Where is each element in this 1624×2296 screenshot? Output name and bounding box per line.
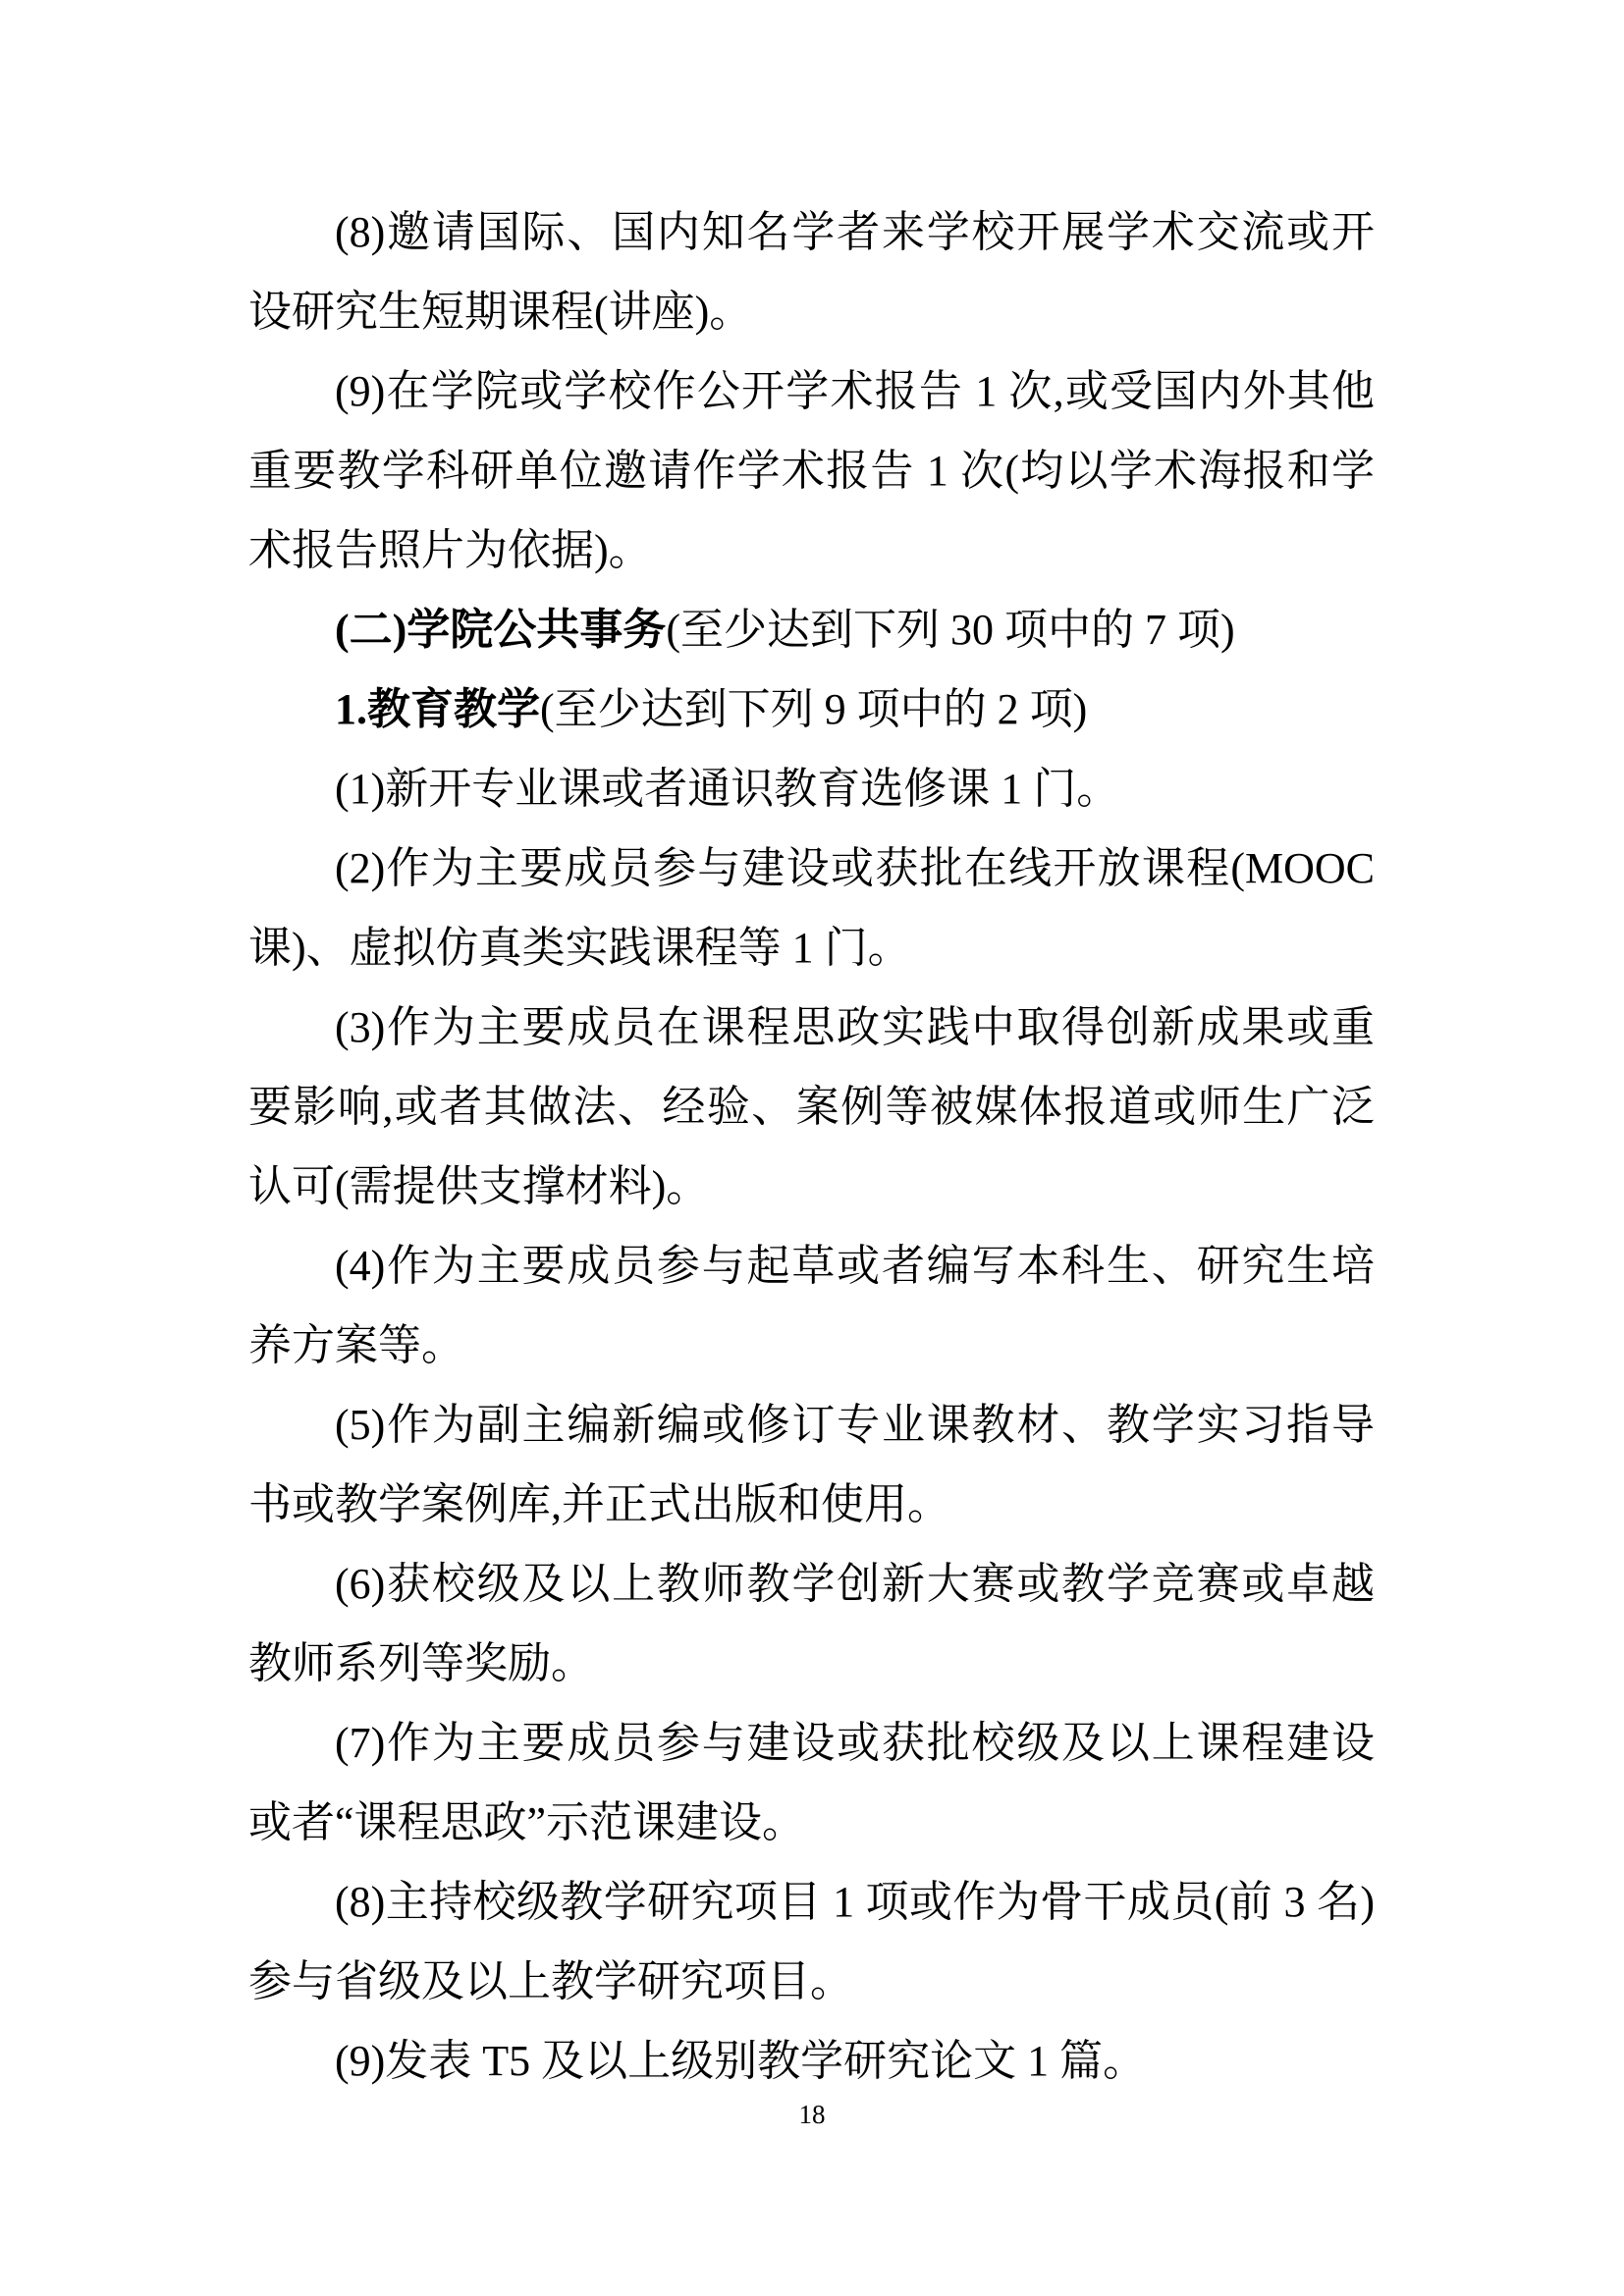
- subsection-heading-bold-text: 1.教育教学: [335, 685, 540, 733]
- para-edu-item-6-teaching-award: (6)获校级及以上教师教学创新大赛或教学竞赛或卓越教师系列等奖励。: [248, 1544, 1375, 1703]
- para-edu-item-2-mooc-course: (2)作为主要成员参与建设或获批在线开放课程(MOOC课)、虚拟仿真类实践课程等…: [248, 828, 1375, 988]
- section-heading-requirement-note: (至少达到下列 30 项中的 7 项): [666, 606, 1234, 654]
- para-edu-item-4-training-plan: (4)作为主要成员参与起草或者编写本科生、研究生培养方案等。: [248, 1226, 1375, 1385]
- section-heading-bold-text: (二)学院公共事务: [335, 606, 666, 654]
- subsection-heading-requirement-note: (至少达到下列 9 项中的 2 项): [540, 685, 1087, 733]
- para-edu-item-3-curriculum-ideology: (3)作为主要成员在课程思政实践中取得创新成果或重要影响,或者其做法、经验、案例…: [248, 988, 1375, 1226]
- para-item-8-academic-exchange: (8)邀请国际、国内知名学者来学校开展学术交流或开设研究生短期课程(讲座)。: [248, 192, 1375, 351]
- page-number: 18: [0, 2097, 1624, 2132]
- text-column: (8)邀请国际、国内知名学者来学校开展学术交流或开设研究生短期课程(讲座)。 (…: [248, 192, 1375, 2101]
- para-edu-item-7-course-construction: (7)作为主要成员参与建设或获批校级及以上课程建设或者“课程思政”示范课建设。: [248, 1703, 1375, 1862]
- para-item-9-academic-report: (9)在学院或学校作公开学术报告 1 次,或受国内外其他重要教学科研单位邀请作学…: [248, 351, 1375, 590]
- subsection-heading-education-teaching: 1.教育教学(至少达到下列 9 项中的 2 项): [248, 669, 1375, 749]
- para-edu-item-9-research-paper: (9)发表 T5 及以上级别教学研究论文 1 篇。: [248, 2021, 1375, 2101]
- para-edu-item-8-research-project: (8)主持校级教学研究项目 1 项或作为骨干成员(前 3 名)参与省级及以上教学…: [248, 1862, 1375, 2021]
- document-page: (8)邀请国际、国内知名学者来学校开展学术交流或开设研究生短期课程(讲座)。 (…: [0, 0, 1624, 2296]
- para-edu-item-5-textbook-editing: (5)作为副主编新编或修订专业课教材、教学实习指导书或教学案例库,并正式出版和使…: [248, 1385, 1375, 1544]
- section-heading-college-public-affairs: (二)学院公共事务(至少达到下列 30 项中的 7 项): [248, 590, 1375, 669]
- para-edu-item-1-new-course: (1)新开专业课或者通识教育选修课 1 门。: [248, 749, 1375, 828]
